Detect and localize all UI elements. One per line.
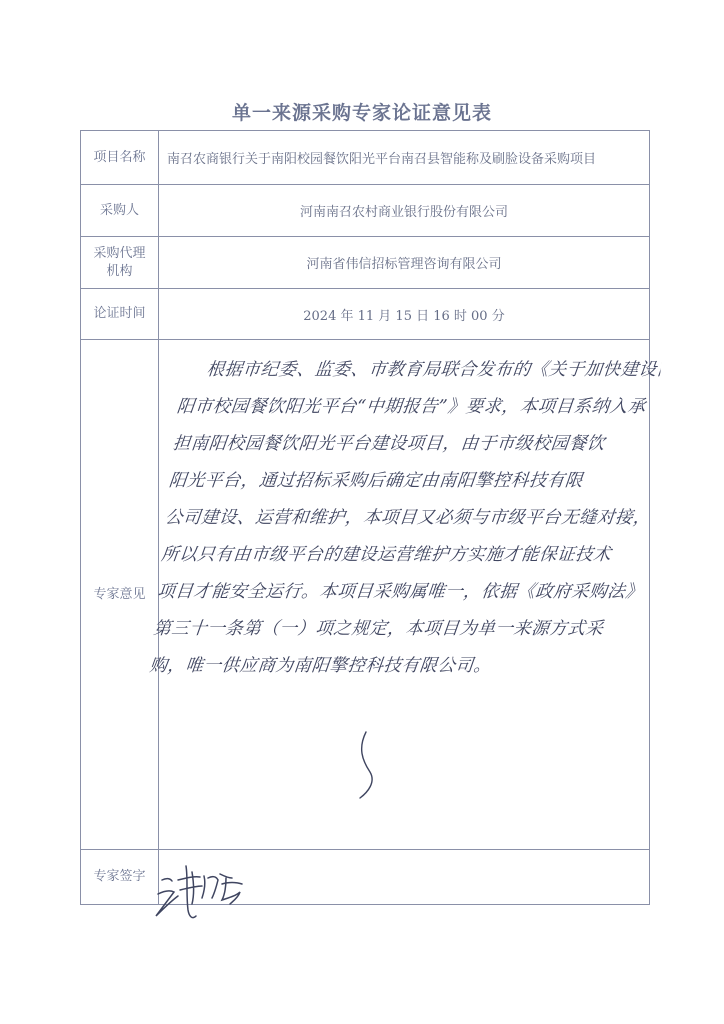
purchaser-label: 采购人	[81, 185, 159, 237]
handwritten-line: 根据市纪委、监委、市教育局联合发布的《关于加快建设南	[179, 352, 663, 389]
row-review-time: 论证时间 2024 年 11 月 15 日 16 时 00 分	[81, 289, 650, 340]
review-time-value: 2024 年 11 月 15 日 16 时 00 分	[159, 289, 650, 340]
handwritten-line: 购，唯一供应商为南阳擎控科技有限公司。	[148, 648, 632, 685]
expert-opinion-cell: 根据市纪委、监委、市教育局联合发布的《关于加快建设南 阳市校园餐饮阳光平台“中期…	[159, 340, 650, 850]
agency-label-line2: 机构	[81, 263, 158, 281]
handwritten-line: 所以只有由市级平台的建设运营维护方实施才能保证技术	[159, 537, 643, 574]
handwritten-line: 阳光平台，通过招标采购后确定由南阳擎控科技有限	[167, 463, 651, 500]
row-purchaser: 采购人 河南南召农村商业银行股份有限公司	[81, 185, 650, 237]
project-name-label: 项目名称	[81, 131, 159, 185]
handwritten-line: 项目才能安全运行。本项目采购属唯一，依据《政府采购法》	[155, 574, 639, 611]
handwritten-line: 第三十一条第（一）项之规定，本项目为单一来源方式采	[151, 611, 635, 648]
page-title: 单一来源采购专家论证意见表	[0, 98, 724, 125]
expert-signature-label: 专家签字	[81, 850, 159, 905]
handwritten-line: 阳市校园餐饮阳光平台“中期报告”》要求，本项目系纳入承	[175, 389, 659, 426]
handwritten-line: 担南阳校园餐饮阳光平台建设项目，由于市级校园餐饮	[171, 426, 655, 463]
review-time-label: 论证时间	[81, 289, 159, 340]
expert-opinion-handwriting: 根据市纪委、监委、市教育局联合发布的《关于加快建设南 阳市校园餐饮阳光平台“中期…	[148, 352, 663, 685]
expert-opinion-label: 专家意见	[81, 340, 159, 850]
expert-signature-mark	[152, 858, 252, 928]
expert-review-form: 项目名称 南召农商银行关于南阳校园餐饮阳光平台南召县智能称及刷脸设备采购项目 采…	[80, 130, 650, 905]
purchaser-value: 河南南召农村商业银行股份有限公司	[159, 185, 650, 237]
row-expert-opinion: 专家意见 根据市纪委、监委、市教育局联合发布的《关于加快建设南 阳市校园餐饮阳光…	[81, 340, 650, 850]
agency-value: 河南省伟信招标管理咨询有限公司	[159, 237, 650, 289]
handwritten-line: 公司建设、运营和维护，本项目又必须与市级平台无缝对接，	[163, 500, 647, 537]
agency-label: 采购代理 机构	[81, 237, 159, 289]
end-mark-squiggle	[354, 730, 384, 800]
project-name-value: 南召农商银行关于南阳校园餐饮阳光平台南召县智能称及刷脸设备采购项目	[159, 131, 650, 185]
agency-label-line1: 采购代理	[81, 245, 158, 263]
row-agency: 采购代理 机构 河南省伟信招标管理咨询有限公司	[81, 237, 650, 289]
row-project-name: 项目名称 南召农商银行关于南阳校园餐饮阳光平台南召县智能称及刷脸设备采购项目	[81, 131, 650, 185]
